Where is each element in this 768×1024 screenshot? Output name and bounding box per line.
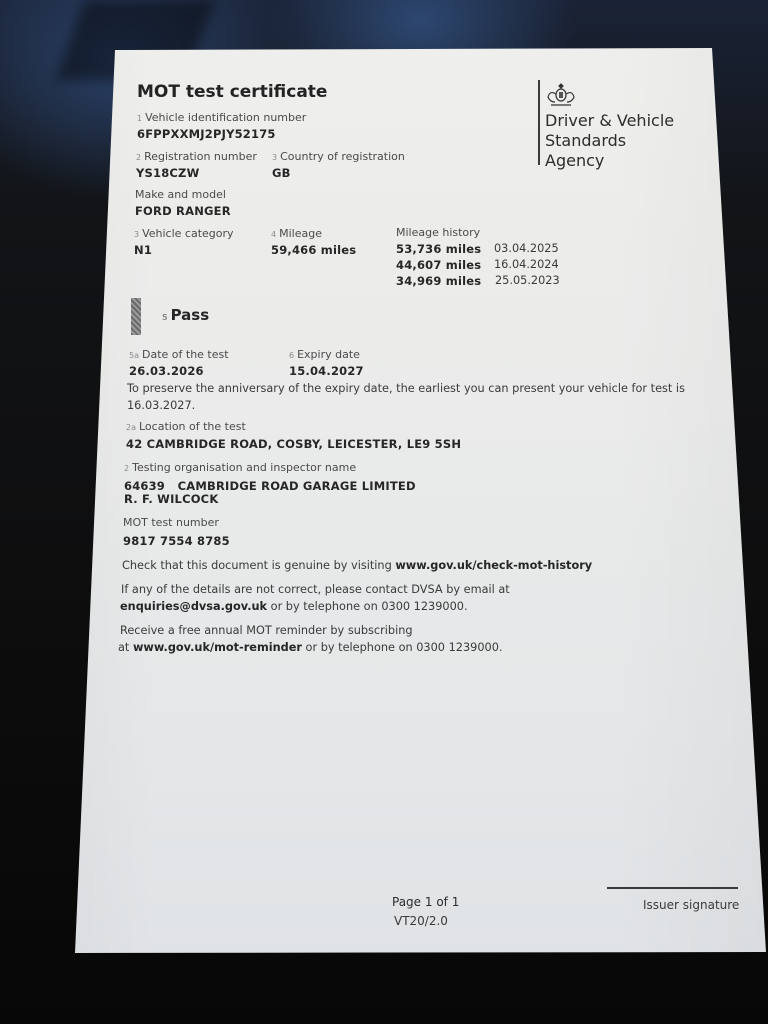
expiry-date-label: 6Expiry date: [289, 348, 360, 361]
registration-value: YS18CZW: [136, 166, 199, 180]
make-model-label: Make and model: [135, 188, 226, 201]
issuer-name: Driver & Vehicle Standards Agency: [545, 111, 674, 171]
test-number-value: 9817 7554 8785: [123, 534, 230, 548]
contact-text: If any of the details are not correct, p…: [121, 583, 510, 596]
organisation-value: 64639 CAMBRIDGE ROAD GARAGE LIMITED: [124, 479, 416, 493]
vin-value: 6FPPXXMJ2PJY52175: [137, 127, 276, 141]
make-model-value: FORD RANGER: [135, 204, 231, 218]
vehicle-category-label: 3Vehicle category: [134, 227, 234, 240]
mot-reminder-link: www.gov.uk/mot-reminder: [133, 641, 302, 654]
vehicle-category-value: N1: [134, 243, 152, 257]
expiry-date-value: 15.04.2027: [289, 364, 364, 378]
inspector-name: R. F. WILCOCK: [124, 492, 218, 506]
mileage-history-miles-1: 53,736 miles: [396, 242, 481, 256]
mileage-history-date-3: 25.05.2023: [495, 274, 560, 287]
anniversary-note: To preserve the anniversary of the expir…: [127, 382, 685, 395]
check-genuine-text: Check that this document is genuine by v…: [122, 559, 592, 572]
royal-coat-of-arms-icon: [545, 82, 577, 108]
result-indicator-bar: [131, 298, 141, 335]
registration-label: 2Registration number: [136, 150, 257, 163]
test-date-value: 26.03.2026: [129, 364, 204, 378]
mileage-history-label: Mileage history: [396, 226, 480, 239]
location-label: 2aLocation of the test: [126, 420, 246, 433]
logo-divider: [538, 80, 540, 165]
certificate-title: MOT test certificate: [137, 82, 327, 102]
location-value: 42 CAMBRIDGE ROAD, COSBY, LEICESTER, LE9…: [126, 437, 461, 451]
mileage-value: 59,466 miles: [271, 243, 356, 257]
mileage-history-miles-3: 34,969 miles: [396, 274, 481, 288]
dvsa-email: enquiries@dvsa.gov.uk: [120, 600, 267, 613]
earliest-test-date: 16.03.2027.: [127, 399, 195, 412]
signature-line: [607, 887, 738, 889]
check-mot-history-link: www.gov.uk/check-mot-history: [395, 559, 592, 572]
form-code: VT20/2.0: [394, 914, 448, 928]
contact-email-line: enquiries@dvsa.gov.uk or by telephone on…: [120, 600, 468, 613]
reminder-text: Receive a free annual MOT reminder by su…: [120, 624, 413, 637]
mileage-label: 4Mileage: [271, 227, 322, 240]
page-number: Page 1 of 1: [392, 895, 459, 909]
mileage-history-miles-2: 44,607 miles: [396, 258, 481, 272]
test-number-label: MOT test number: [123, 516, 219, 529]
country-label: 3Country of registration: [272, 150, 405, 163]
organisation-label: 2Testing organisation and inspector name: [124, 461, 356, 474]
vin-label: 1Vehicle identification number: [137, 111, 306, 124]
mileage-history-date-1: 03.04.2025: [494, 242, 559, 255]
test-result: 5Pass: [162, 306, 209, 324]
country-value: GB: [272, 166, 291, 180]
mileage-history-date-2: 16.04.2024: [494, 258, 559, 271]
test-date-label: 5aDate of the test: [129, 348, 229, 361]
reminder-link-line: at www.gov.uk/mot-reminder or by telepho…: [118, 641, 502, 654]
issuer-signature-label: Issuer signature: [643, 898, 739, 912]
